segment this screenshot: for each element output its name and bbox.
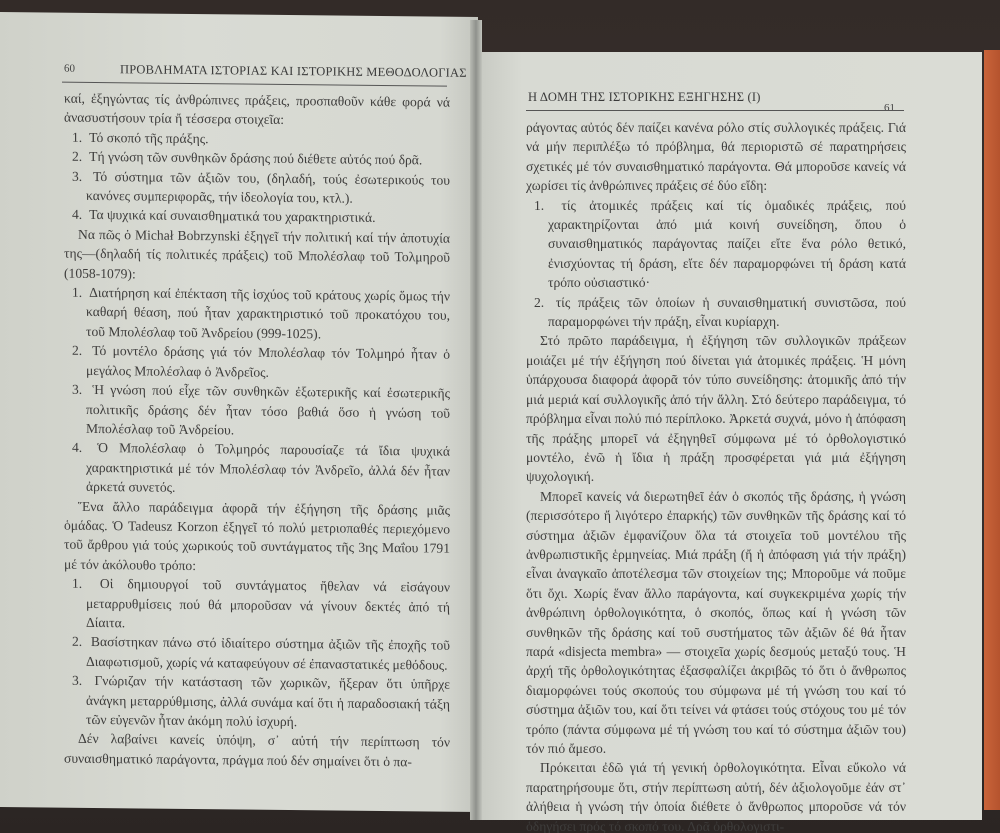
right-page-body: ράγοντας αὐτός δέν παίζει κανένα ρόλο στ… (526, 118, 906, 833)
left-page-body: καί, ἐξηγώντας τίς ἀνθρώπινες πράξεις, π… (64, 89, 450, 772)
list-item: 3. Τό σύστημα τῶν ἀξιῶν του, (δηλαδή, το… (64, 166, 450, 209)
list-number: 3. (72, 166, 86, 186)
running-head-right: Η ΔΟΜΗ ΤΗΣ ΙΣΤΟΡΙΚΗΣ ΕΞΗΓΗΣΗΣ (Ι) (528, 90, 761, 105)
book-gutter (470, 20, 482, 820)
list-item: 1. Οἱ δημιουργοί τοῦ συντάγματος ἤθελαν … (64, 574, 450, 636)
paragraph: ράγοντας αὐτός δέν παίζει κανένα ρόλο στ… (526, 118, 906, 196)
list-number: 2. (72, 341, 86, 361)
list-item: 1. τίς ἀτομικές πράξεις καί τίς ὁμαδικές… (526, 196, 906, 293)
list-text: Τα ψυχικά καί συναισθηματικά του χαρακτη… (86, 207, 376, 225)
paragraph: Στό πρῶτο παράδειγμα, ἡ ἐξήγηση τῶν συλλ… (526, 331, 906, 486)
list-number: 2. (534, 293, 548, 312)
list-number: 3. (72, 380, 86, 400)
list-text: τίς πράξεις τῶν ὁποίων ἡ συναισθηματική … (548, 295, 906, 329)
list-item: 2. Βασίστηκαν πάνω στό ἰδιαίτερο σύστημα… (64, 632, 450, 675)
paragraph: Να πῶς ὁ Michał Bobrzynski ἐξηγεῖ τήν πο… (64, 225, 450, 287)
list-text: Οἱ δημιουργοί τοῦ συντάγματος ἤθελαν νά … (86, 576, 450, 630)
list-item: 2. τίς πράξεις τῶν ὁποίων ἡ συναισθηματι… (526, 293, 906, 332)
list-number: 2. (72, 147, 86, 167)
paragraph: Μπορεῖ κανείς νά διερωτηθεῖ ἐάν ὁ σκοπός… (526, 487, 906, 759)
list-number: 4. (72, 205, 86, 225)
paragraph: Ἕνα ἄλλο παράδειγμα ἀφορᾶ τήν ἐξήγηση τῆ… (64, 496, 450, 578)
paragraph: Δέν λαβαίνει κανείς ὑπόψη, σ᾽ αὐτή τήν π… (64, 729, 450, 772)
list-text: Τό σκοπό τῆς πράξης. (86, 130, 209, 146)
running-head-left: ΠΡΟΒΛΗΜΑΤΑ ΙΣΤΟΡΙΑΣ ΚΑΙ ΙΣΤΟΡΙΚΗΣ ΜΕΘΟΔΟ… (120, 62, 467, 81)
list-number: 1. (72, 574, 86, 594)
header-rule-left (62, 82, 447, 87)
list-text: Τό σύστημα τῶν ἀξιῶν του, (δηλαδή, τούς … (86, 169, 450, 206)
page-number-left: 60 (64, 63, 75, 75)
list-number: 1. (534, 196, 548, 215)
list-text: Γνώριζαν τήν κατάσταση τῶν χωρικῶν, ἤξερ… (86, 673, 450, 729)
list-item: 3. Ἡ γνώση πού εἶχε τῶν συνθηκῶν ἐξωτερι… (64, 380, 450, 442)
header-rule-right (526, 110, 904, 111)
paragraph: Πρόκειται ἐδῶ γιά τή γενική ὀρθολογικότη… (526, 758, 906, 833)
book-cover-edge (984, 50, 1000, 810)
list-item: 2. Τό μοντέλο δράσης γιά τόν Μπολέσλαφ τ… (64, 341, 450, 384)
list-number: 3. (72, 671, 86, 691)
list-item: 1. Διατήρηση καί ἐπέκταση τῆς ἰσχύος τοῦ… (64, 283, 450, 345)
list-text: Τό μοντέλο δράσης γιά τόν Μπολέσλαφ τόν … (86, 343, 450, 379)
list-text: Ἡ γνώση πού εἶχε τῶν συνθηκῶν ἐξωτερικῆς… (86, 382, 450, 437)
page-number-right: 61 (884, 102, 895, 114)
list-text: Τή γνώση τῶν συνθηκῶν δράσης πού διέθετε… (86, 149, 422, 168)
right-page: Η ΔΟΜΗ ΤΗΣ ΙΣΤΟΡΙΚΗΣ ΕΞΗΓΗΣΗΣ (Ι) 61 ράγ… (482, 52, 982, 820)
paragraph: καί, ἐξηγώντας τίς ἀνθρώπινες πράξεις, π… (64, 89, 450, 132)
list-number: 4. (72, 438, 86, 458)
list-text: Ὁ Μπολέσλαφ ὁ Τολμηρός παρουσίαζε τά ἴδι… (86, 440, 450, 495)
list-number: 2. (72, 632, 86, 652)
list-text: Διατήρηση καί ἐπέκταση τῆς ἰσχύος τοῦ κρ… (86, 285, 450, 341)
list-text: Βασίστηκαν πάνω στό ἰδιαίτερο σύστημα ἀξ… (86, 634, 450, 672)
list-text: τίς ἀτομικές πράξεις καί τίς ὁμαδικές πρ… (548, 198, 906, 291)
list-number: 1. (72, 283, 86, 303)
list-item: 4. Ὁ Μπολέσλαφ ὁ Τολμηρός παρουσίαζε τά … (64, 438, 450, 500)
list-number: 1. (72, 128, 86, 148)
left-page: 60 ΠΡΟΒΛΗΜΑΤΑ ΙΣΤΟΡΙΑΣ ΚΑΙ ΙΣΤΟΡΙΚΗΣ ΜΕΘ… (0, 12, 478, 812)
list-item: 3. Γνώριζαν τήν κατάσταση τῶν χωρικῶν, ἤ… (64, 671, 450, 733)
